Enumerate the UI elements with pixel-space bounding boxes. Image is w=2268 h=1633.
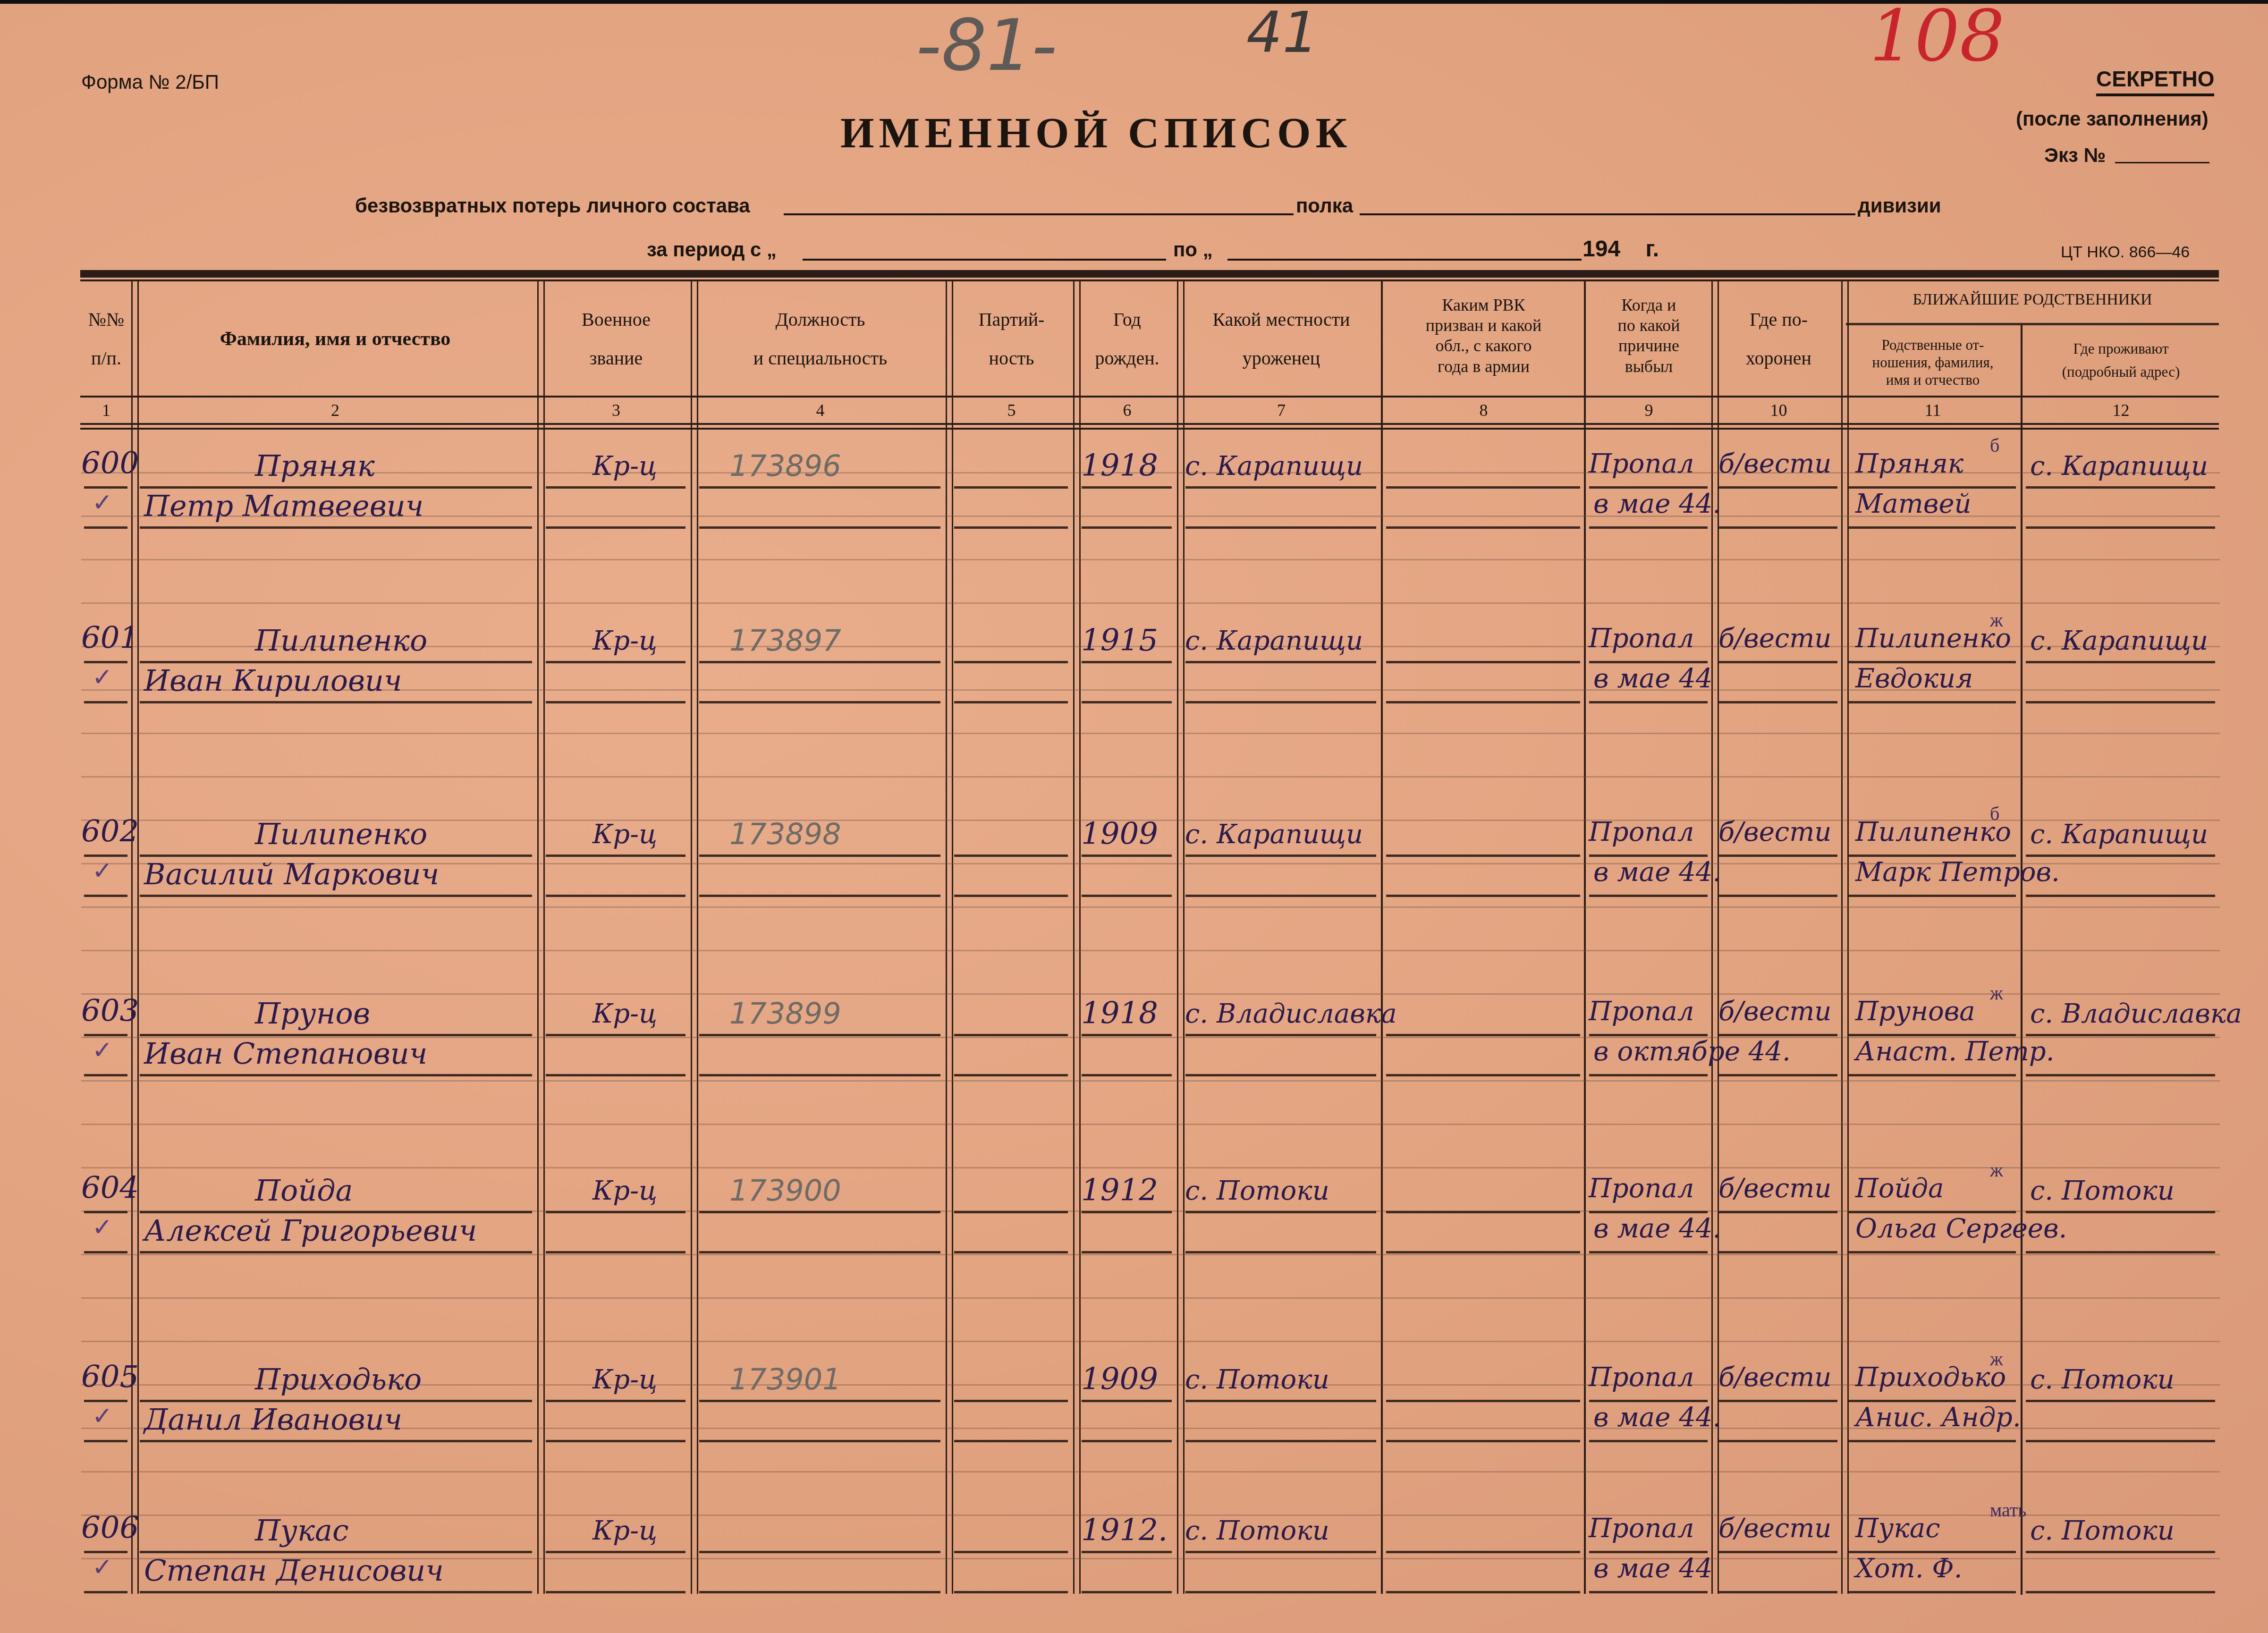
header-col-7: Какой местности уроженец [1183, 307, 1380, 371]
military-rank: Кр-ц [592, 998, 657, 1029]
subtitle-losses-label: безвозвратных потерь личного состава [355, 195, 750, 217]
entry-underline [1719, 1400, 1837, 1402]
table-top-rule [80, 270, 2219, 278]
entry-underline [699, 486, 940, 489]
entry-underline [546, 1211, 685, 1213]
relatives-group-header: БЛИЖАЙШИЕ РОДСТВЕННИКИ [1846, 290, 2219, 310]
given-name-patronymic: Данил Иванович [144, 1402, 402, 1437]
loss-date: в мае 44 [1593, 1553, 1712, 1584]
colnum-3: 3 [543, 400, 689, 420]
burial-place: б/вести [1718, 623, 1831, 654]
relative-name: Пилипенко [1855, 817, 2011, 847]
surname: Пряняк [255, 448, 375, 483]
entry-underline [84, 895, 127, 897]
header-col-5-line-1: Партий- [951, 307, 1072, 332]
relative-name: Пряняк [1855, 448, 1963, 479]
header-col-4-line-2: и специальность [696, 346, 944, 371]
col-divider-2 [537, 281, 545, 1594]
header-col-4: Должность и специальность [696, 307, 944, 371]
colnum-12: 12 [2023, 400, 2219, 420]
row-number: 603 [81, 994, 139, 1029]
relationship-marker: ж [1990, 609, 2003, 631]
entry-underline [2026, 1251, 2215, 1253]
birthplace: с. Потоки [1185, 1515, 1329, 1546]
burial-place: б/вести [1718, 1362, 1831, 1393]
entry-underline [84, 1074, 127, 1076]
relative-given-name: Ольга Сергеев. [1855, 1213, 2067, 1244]
position-number: 173896 [729, 448, 841, 483]
year-prefix: 194 [1583, 237, 1620, 262]
check-mark: ✓ [92, 1553, 113, 1582]
entry-underline [546, 1251, 685, 1253]
header-col-10-line-2: хоронен [1716, 346, 1841, 371]
row-number: 601 [81, 621, 139, 656]
entry-underline [1082, 1251, 1172, 1253]
entry-underline [954, 1551, 1068, 1553]
entry-underline [954, 661, 1068, 663]
header-col-4-line-1: Должность [696, 307, 944, 332]
entry-underline [1082, 486, 1172, 489]
entry-underline [1185, 1551, 1376, 1553]
entry-underline [954, 1211, 1068, 1213]
entry-underline [1589, 526, 1708, 529]
entry-underline [699, 1211, 940, 1213]
loss-reason: Пропал [1589, 623, 1694, 654]
entry-underline [1185, 1074, 1376, 1076]
entry-underline [84, 1440, 127, 1442]
header-col-5: Партий- ность [951, 307, 1072, 371]
relative-given-name: Анаст. Петр. [1855, 1036, 2054, 1067]
faint-ruled-line [81, 1471, 2220, 1472]
header-col-1: №№ п/п. [81, 307, 131, 371]
entry-underline [1589, 1074, 1708, 1076]
entry-underline [699, 1074, 940, 1076]
entry-underline [1386, 1034, 1580, 1036]
entry-underline [954, 1591, 1068, 1593]
entry-underline [1719, 1211, 1837, 1213]
birth-year: 1918 [1081, 996, 1158, 1031]
entry-underline [1589, 1591, 1708, 1593]
relative-address: с. Потоки [2030, 1176, 2175, 1206]
relative-address: с. Карапищи [2030, 819, 2208, 850]
entry-underline [140, 1591, 532, 1593]
relative-given-name: Матвей [1855, 489, 1972, 519]
entry-underline [1386, 661, 1580, 663]
period-from-label: за период с „ [647, 238, 777, 261]
faint-ruled-line [81, 1167, 2220, 1168]
colnum-10: 10 [1716, 400, 1841, 420]
entry-underline [1719, 1440, 1837, 1442]
entry-underline [699, 1251, 940, 1253]
entry-underline [1185, 1400, 1376, 1402]
faint-ruled-line [81, 906, 2220, 908]
entry-underline [1082, 1211, 1172, 1213]
birth-year: 1909 [1081, 1362, 1158, 1397]
entry-underline [2026, 1591, 2215, 1593]
birth-year: 1918 [1081, 448, 1158, 483]
loss-reason: Пропал [1589, 1173, 1694, 1204]
entry-underline [1185, 1251, 1376, 1253]
entry-underline [1185, 661, 1376, 663]
division-label: дивизии [1858, 195, 1941, 217]
entry-underline [1386, 895, 1580, 897]
birthplace: с. Потоки [1185, 1364, 1329, 1395]
header-col-6-line-1: Год [1079, 307, 1176, 332]
relative-given-name: Анис. Андр. [1855, 1402, 2021, 1433]
entry-underline [1386, 1591, 1580, 1593]
faint-ruled-line [81, 950, 2220, 951]
birth-year: 1912. [1081, 1513, 1168, 1548]
entry-underline [1185, 526, 1376, 529]
page-title: ИМЕННОЙ СПИСОК [840, 108, 1352, 158]
entry-underline [2026, 701, 2215, 703]
entry-underline [954, 1440, 1068, 1442]
entry-underline [954, 1074, 1068, 1076]
entry-underline [1185, 1591, 1376, 1593]
entry-underline [1719, 486, 1837, 489]
entry-underline [546, 701, 685, 703]
period-to-field[interactable] [1227, 259, 1582, 261]
colnum-6: 6 [1079, 400, 1176, 420]
header-col-9-line-4: выбыл [1586, 356, 1711, 377]
faint-ruled-line [81, 559, 2220, 560]
entry-underline [699, 701, 940, 703]
entry-underline [954, 486, 1068, 489]
relative-address: с. Карапищи [2030, 451, 2208, 482]
entry-underline [699, 1440, 940, 1442]
faint-ruled-line [81, 993, 2220, 995]
entry-underline [546, 1034, 685, 1036]
header-col-8-line-2: призван и какой [1383, 315, 1584, 336]
check-mark: ✓ [92, 1036, 113, 1065]
entry-underline [1589, 701, 1708, 703]
entry-underline [84, 526, 127, 529]
row-number: 605 [81, 1360, 139, 1395]
entry-underline [1589, 895, 1708, 897]
loss-reason: Пропал [1589, 448, 1694, 479]
entry-underline [954, 701, 1068, 703]
col-divider-9 [1711, 281, 1719, 1594]
entry-underline [1185, 1440, 1376, 1442]
colnum-5: 5 [951, 400, 1072, 420]
birth-year: 1912 [1081, 1173, 1158, 1208]
header-col-2-line-1: Фамилия, имя и отчество [137, 326, 533, 353]
loss-date: в мае 44. [1593, 857, 1721, 888]
header-col-9-line-1: Когда и [1586, 295, 1711, 315]
entry-underline [2026, 1074, 2215, 1076]
pencil-archive-number: -81- [916, 5, 1057, 87]
entry-underline [84, 1591, 127, 1593]
entry-underline [1849, 1440, 2016, 1442]
entry-underline [954, 1400, 1068, 1402]
relationship-marker: ж [1990, 982, 2003, 1004]
entry-underline [954, 526, 1068, 529]
entry-underline [1082, 1591, 1172, 1593]
position-number: 173898 [729, 817, 841, 851]
pencil-mark: 41 [1246, 0, 1319, 66]
entry-underline [699, 1551, 940, 1553]
row-number: 602 [81, 814, 139, 849]
entry-underline [1185, 855, 1376, 857]
entry-underline [84, 1251, 127, 1253]
loss-reason: Пропал [1589, 1513, 1694, 1544]
entry-underline [2026, 661, 2215, 663]
entry-underline [546, 1440, 685, 1442]
regiment-label: полка [1296, 195, 1353, 217]
surname: Прунов [255, 996, 370, 1031]
header-col-9-line-3: причине [1586, 336, 1711, 356]
header-col-3: Военное звание [543, 307, 689, 371]
surname: Приходько [255, 1362, 422, 1396]
header-bottom-rule [80, 396, 2219, 398]
relative-address: с. Потоки [2030, 1364, 2175, 1395]
entry-underline [954, 855, 1068, 857]
entry-underline [1386, 1551, 1580, 1553]
printer-mark: ЦТ НКО. 866—46 [2061, 243, 2190, 262]
burial-place: б/вести [1718, 996, 1831, 1027]
entry-underline [1082, 1400, 1172, 1402]
check-mark: ✓ [92, 857, 113, 885]
colnum-11: 11 [1846, 400, 2020, 420]
header-col-9: Когда и по какой причине выбыл [1586, 295, 1711, 377]
entry-underline [1386, 526, 1580, 529]
check-mark: ✓ [92, 1213, 113, 1242]
military-rank: Кр-ц [592, 819, 657, 850]
birthplace: с. Карапищи [1185, 819, 1363, 850]
entry-underline [699, 526, 940, 529]
entry-underline [1719, 526, 1837, 529]
faint-ruled-line [81, 776, 2220, 778]
relatives-group-rule [1846, 323, 2219, 325]
burial-place: б/вести [1718, 817, 1831, 847]
colnum-1: 1 [81, 400, 131, 420]
relative-name: Пойда [1855, 1173, 1944, 1204]
colnum-9: 9 [1586, 400, 1711, 420]
header-col-7-line-1: Какой местности [1183, 307, 1380, 332]
entry-underline [1589, 1251, 1708, 1253]
header-col-12-line-1: Где проживают [2023, 340, 2219, 357]
entry-underline [1849, 895, 2016, 897]
surname: Пойда [255, 1173, 353, 1208]
relative-name: Пукас [1855, 1513, 1940, 1544]
military-rank: Кр-ц [592, 1176, 657, 1206]
period-to-label: по „ [1173, 238, 1213, 261]
relationship-marker: ж [1990, 1348, 2003, 1370]
loss-date: в мае 44 [1593, 663, 1712, 694]
entry-underline [546, 486, 685, 489]
entry-underline [1185, 486, 1376, 489]
copy-number-text: Экз № [2044, 144, 2106, 166]
header-col-1-line-2: п/п. [81, 346, 131, 371]
birthplace: с. Карапищи [1185, 626, 1363, 656]
entry-underline [1719, 1074, 1837, 1076]
entry-underline [1386, 1251, 1580, 1253]
entry-underline [140, 1251, 532, 1253]
header-col-11-line-1: Родственные от- [1846, 336, 2020, 354]
entry-underline [1386, 486, 1580, 489]
table-top-rule-thin [80, 279, 2219, 281]
entry-underline [1849, 526, 2016, 529]
faint-ruled-line [81, 602, 2220, 604]
entry-underline [1185, 1034, 1376, 1036]
entry-underline [1082, 1074, 1172, 1076]
given-name-patronymic: Василий Маркович [144, 857, 439, 891]
entry-underline [2026, 895, 2215, 897]
military-rank: Кр-ц [592, 1515, 657, 1546]
entry-underline [1185, 895, 1376, 897]
faint-ruled-line [81, 1124, 2220, 1125]
birthplace: с. Владиславка [1185, 998, 1397, 1029]
header-col-12-line-2: (подробный адрес) [2023, 363, 2219, 381]
header-col-3-line-2: звание [543, 346, 689, 371]
entry-underline [699, 661, 940, 663]
burial-place: б/вести [1718, 1513, 1831, 1544]
entry-underline [546, 661, 685, 663]
check-mark: ✓ [92, 663, 113, 692]
entry-underline [140, 895, 532, 897]
unit-field[interactable] [784, 213, 1294, 215]
entry-underline [2026, 1400, 2215, 1402]
entry-underline [1185, 1211, 1376, 1213]
entry-underline [2026, 526, 2215, 529]
header-col-2: Фамилия, имя и отчество [137, 326, 533, 353]
relative-address: с. Владиславка [2030, 998, 2242, 1029]
header-col-7-line-2: уроженец [1183, 346, 1380, 371]
relationship-marker: б [1990, 803, 1999, 825]
copy-number-label: Экз № [2044, 144, 2106, 167]
entry-underline [699, 1034, 940, 1036]
entry-underline [699, 1400, 940, 1402]
loss-reason: Пропал [1589, 996, 1694, 1027]
given-name-patronymic: Иван Степанович [144, 1036, 427, 1071]
entry-underline [1849, 701, 2016, 703]
header-col-9-line-2: по какой [1586, 315, 1711, 336]
entry-underline [1719, 1251, 1837, 1253]
colnum-bottom-rule-2 [80, 428, 2219, 430]
entry-underline [699, 1591, 940, 1593]
row-number: 604 [81, 1171, 139, 1206]
entry-underline [1386, 1440, 1580, 1442]
entry-underline [1849, 1074, 2016, 1076]
col-divider-4 [946, 281, 953, 1594]
loss-reason: Пропал [1589, 1362, 1694, 1393]
position-number: 173897 [729, 623, 841, 658]
relationship-marker: б [1990, 434, 1999, 457]
position-number: 173901 [729, 1362, 841, 1396]
col-divider-5 [1073, 281, 1081, 1594]
loss-date: в мае 44. [1593, 1213, 1721, 1244]
entry-underline [1082, 1551, 1172, 1553]
entry-underline [1386, 1074, 1580, 1076]
header-col-12: Где проживают (подробный адрес) [2023, 340, 2219, 381]
loss-date: в мае 44. [1593, 1402, 1721, 1433]
entry-underline [546, 1400, 685, 1402]
loss-date: в октябре 44. [1593, 1036, 1791, 1067]
year-label: 194 г. [1583, 236, 1659, 262]
faint-ruled-line [81, 1254, 2220, 1255]
relative-given-name: Марк Петров. [1855, 857, 2060, 888]
entry-underline [954, 895, 1068, 897]
colnum-4: 4 [696, 400, 944, 420]
birthplace: с. Карапищи [1185, 451, 1363, 482]
col-divider-3 [691, 281, 698, 1594]
given-name-patronymic: Алексей Григорьевич [144, 1213, 477, 1248]
header-col-8-line-3: обл., с какого [1383, 336, 1584, 356]
header-col-11: Родственные от- ношения, фамилия, имя и … [1846, 336, 2020, 389]
birth-year: 1915 [1081, 623, 1158, 658]
entry-underline [1082, 895, 1172, 897]
row-number: 600 [81, 446, 139, 481]
regiment-field[interactable] [1360, 213, 1855, 215]
entry-underline [140, 701, 532, 703]
copy-number-field[interactable] [2115, 162, 2209, 163]
loss-date: в мае 44. [1593, 489, 1721, 519]
col-divider-8 [1584, 281, 1586, 1594]
military-rank: Кр-ц [592, 626, 657, 656]
entry-underline [699, 855, 940, 857]
header-col-8-line-1: Каким РВК [1383, 295, 1584, 315]
burial-place: б/вести [1718, 1173, 1831, 1204]
birthplace: с. Потоки [1185, 1176, 1329, 1206]
relative-given-name: Евдокия [1855, 663, 1973, 694]
entry-underline [1719, 1591, 1837, 1593]
red-page-number: 108 [1870, 0, 2005, 77]
entry-underline [1386, 1211, 1580, 1213]
entry-underline [699, 895, 940, 897]
entry-underline [1719, 661, 1837, 663]
header-col-11-line-3: имя и отчество [1846, 371, 2020, 389]
position-number: 173899 [729, 996, 841, 1031]
header-col-6: Год рожден. [1079, 307, 1176, 371]
faint-ruled-line [81, 1297, 2220, 1299]
header-col-8: Каким РВК призван и какой обл., с какого… [1383, 295, 1584, 377]
colnum-2: 2 [137, 400, 533, 420]
faint-ruled-line [81, 733, 2220, 734]
col-divider-7 [1381, 281, 1383, 1594]
colnum-7: 7 [1183, 400, 1380, 420]
relationship-marker: ж [1990, 1159, 2003, 1181]
year-suffix: г. [1645, 237, 1659, 262]
colnum-8: 8 [1383, 400, 1584, 420]
surname: Пилипенко [255, 817, 427, 851]
military-rank: Кр-ц [592, 451, 657, 482]
relative-name: Приходько [1855, 1362, 2006, 1393]
military-rank: Кр-ц [592, 1364, 657, 1395]
entry-underline [546, 1591, 685, 1593]
given-name-patronymic: Степан Денисович [144, 1553, 444, 1588]
faint-ruled-line [81, 1341, 2220, 1342]
surname: Пилипенко [255, 623, 427, 658]
relative-name: Прунова [1855, 996, 1975, 1027]
entry-underline [1082, 526, 1172, 529]
relative-given-name: Хот. Ф. [1855, 1553, 1963, 1584]
entry-underline [1082, 701, 1172, 703]
check-mark: ✓ [92, 1402, 113, 1430]
header-col-8-line-4: года в армии [1383, 356, 1584, 377]
position-number: 173900 [729, 1173, 841, 1208]
header-col-5-line-2: ность [951, 346, 1072, 371]
header-col-10-line-1: Где по- [1716, 307, 1841, 332]
classification-label: СЕКРЕТНО [2096, 66, 2214, 96]
header-col-10: Где по- хоронен [1716, 307, 1841, 371]
given-name-patronymic: Петр Матвеевич [144, 489, 423, 523]
entry-underline [1185, 701, 1376, 703]
period-from-field[interactable] [803, 259, 1166, 261]
header-col-11-line-2: ношения, фамилия, [1846, 354, 2020, 371]
form-number: Форма № 2/БП [81, 71, 219, 93]
entry-underline [1849, 1591, 2016, 1593]
header-col-6-line-2: рожден. [1079, 346, 1176, 371]
